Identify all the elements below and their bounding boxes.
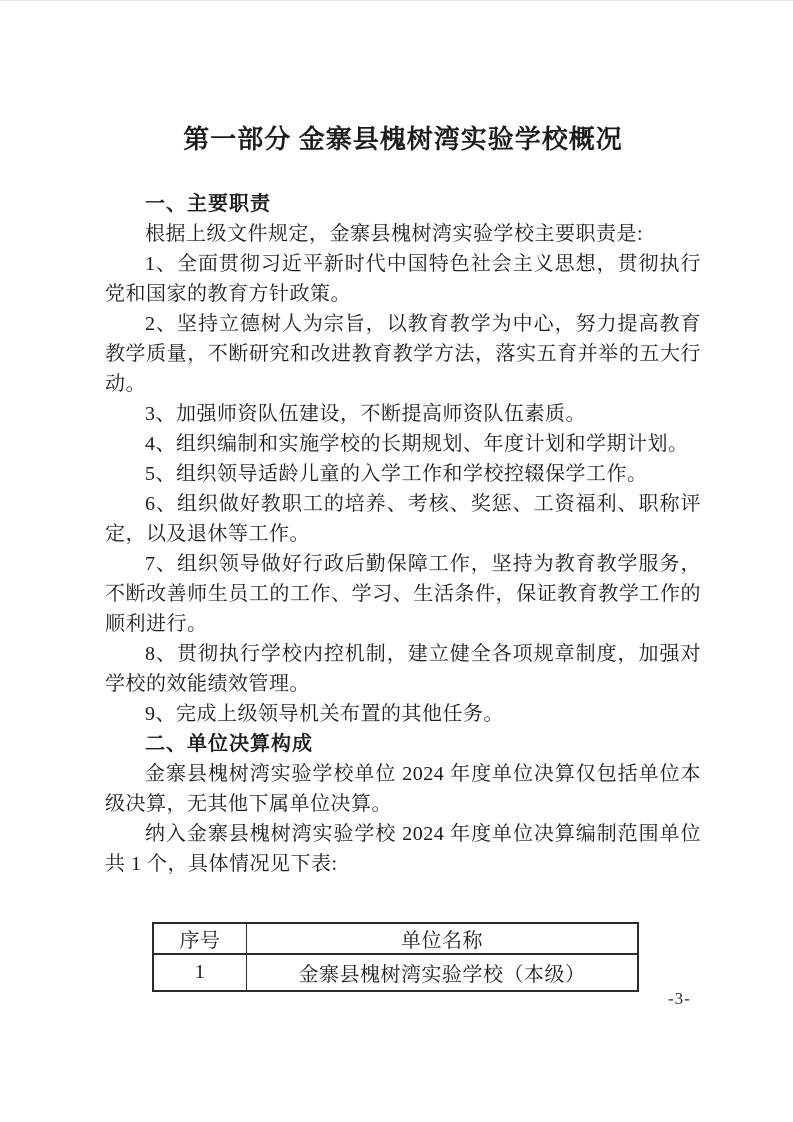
paragraph-duty-3: 3、加强师资队伍建设，不断提高师资队伍素质。 bbox=[105, 399, 701, 429]
paragraph-duty-4: 4、组织编制和实施学校的长期规划、年度计划和学期计划。 bbox=[105, 429, 701, 459]
paragraph-budget-scope: 金寨县槐树湾实验学校单位 2024 年度单位决算仅包括单位本级决算，无其他下属单… bbox=[105, 759, 701, 819]
table-header-unit-name: 单位名称 bbox=[247, 923, 639, 954]
page-number: -3- bbox=[668, 989, 691, 1009]
paragraph-budget-units: 纳入金寨县槐树湾实验学校 2024 年度单位决算编制范围单位共 1 个，具体情况… bbox=[105, 819, 701, 879]
paragraph-duty-1: 1、全面贯彻习近平新时代中国特色社会主义思想，贯彻执行党和国家的教育方针政策。 bbox=[105, 249, 701, 309]
page-title: 第一部分 金寨县槐树湾实验学校概况 bbox=[105, 121, 701, 159]
section-heading-budget-composition: 二、单位决算构成 bbox=[105, 729, 701, 759]
paragraph-duty-6: 6、组织做好教职工的培养、考核、奖惩、工资福利、职称评定，以及退休等工作。 bbox=[105, 489, 701, 549]
table-cell-serial-number: 1 bbox=[153, 954, 247, 991]
document-content: 第一部分 金寨县槐树湾实验学校概况 一、主要职责 根据上级文件规定，金寨县槐树湾… bbox=[105, 121, 701, 992]
table-header-row: 序号 单位名称 bbox=[153, 923, 638, 954]
paragraph-duty-5: 5、组织领导适龄儿童的入学工作和学校控辍保学工作。 bbox=[105, 459, 701, 489]
scan-edge-line bbox=[0, 0, 793, 1]
table-header-serial-number: 序号 bbox=[153, 923, 247, 954]
paragraph-duties-intro: 根据上级文件规定，金寨县槐树湾实验学校主要职责是: bbox=[105, 219, 701, 249]
paragraph-duty-2: 2、坚持立德树人为宗旨，以教育教学为中心，努力提高教育教学质量，不断研究和改进教… bbox=[105, 309, 701, 399]
paragraph-duty-7: 7、组织领导做好行政后勤保障工作，坚持为教育教学服务，不断改善师生员工的工作、学… bbox=[105, 549, 701, 639]
table-cell-unit-name: 金寨县槐树湾实验学校（本级） bbox=[247, 954, 639, 991]
table-row: 1 金寨县槐树湾实验学校（本级） bbox=[153, 954, 638, 991]
paragraph-duty-9: 9、完成上级领导机关布置的其他任务。 bbox=[105, 699, 701, 729]
document-page: 第一部分 金寨县槐树湾实验学校概况 一、主要职责 根据上级文件规定，金寨县槐树湾… bbox=[0, 0, 793, 1122]
paragraph-duty-8: 8、贯彻执行学校内控机制，建立健全各项规章制度，加强对学校的效能绩效管理。 bbox=[105, 639, 701, 699]
section-heading-main-duties: 一、主要职责 bbox=[105, 189, 701, 219]
unit-list-table: 序号 单位名称 1 金寨县槐树湾实验学校（本级） bbox=[152, 922, 639, 992]
